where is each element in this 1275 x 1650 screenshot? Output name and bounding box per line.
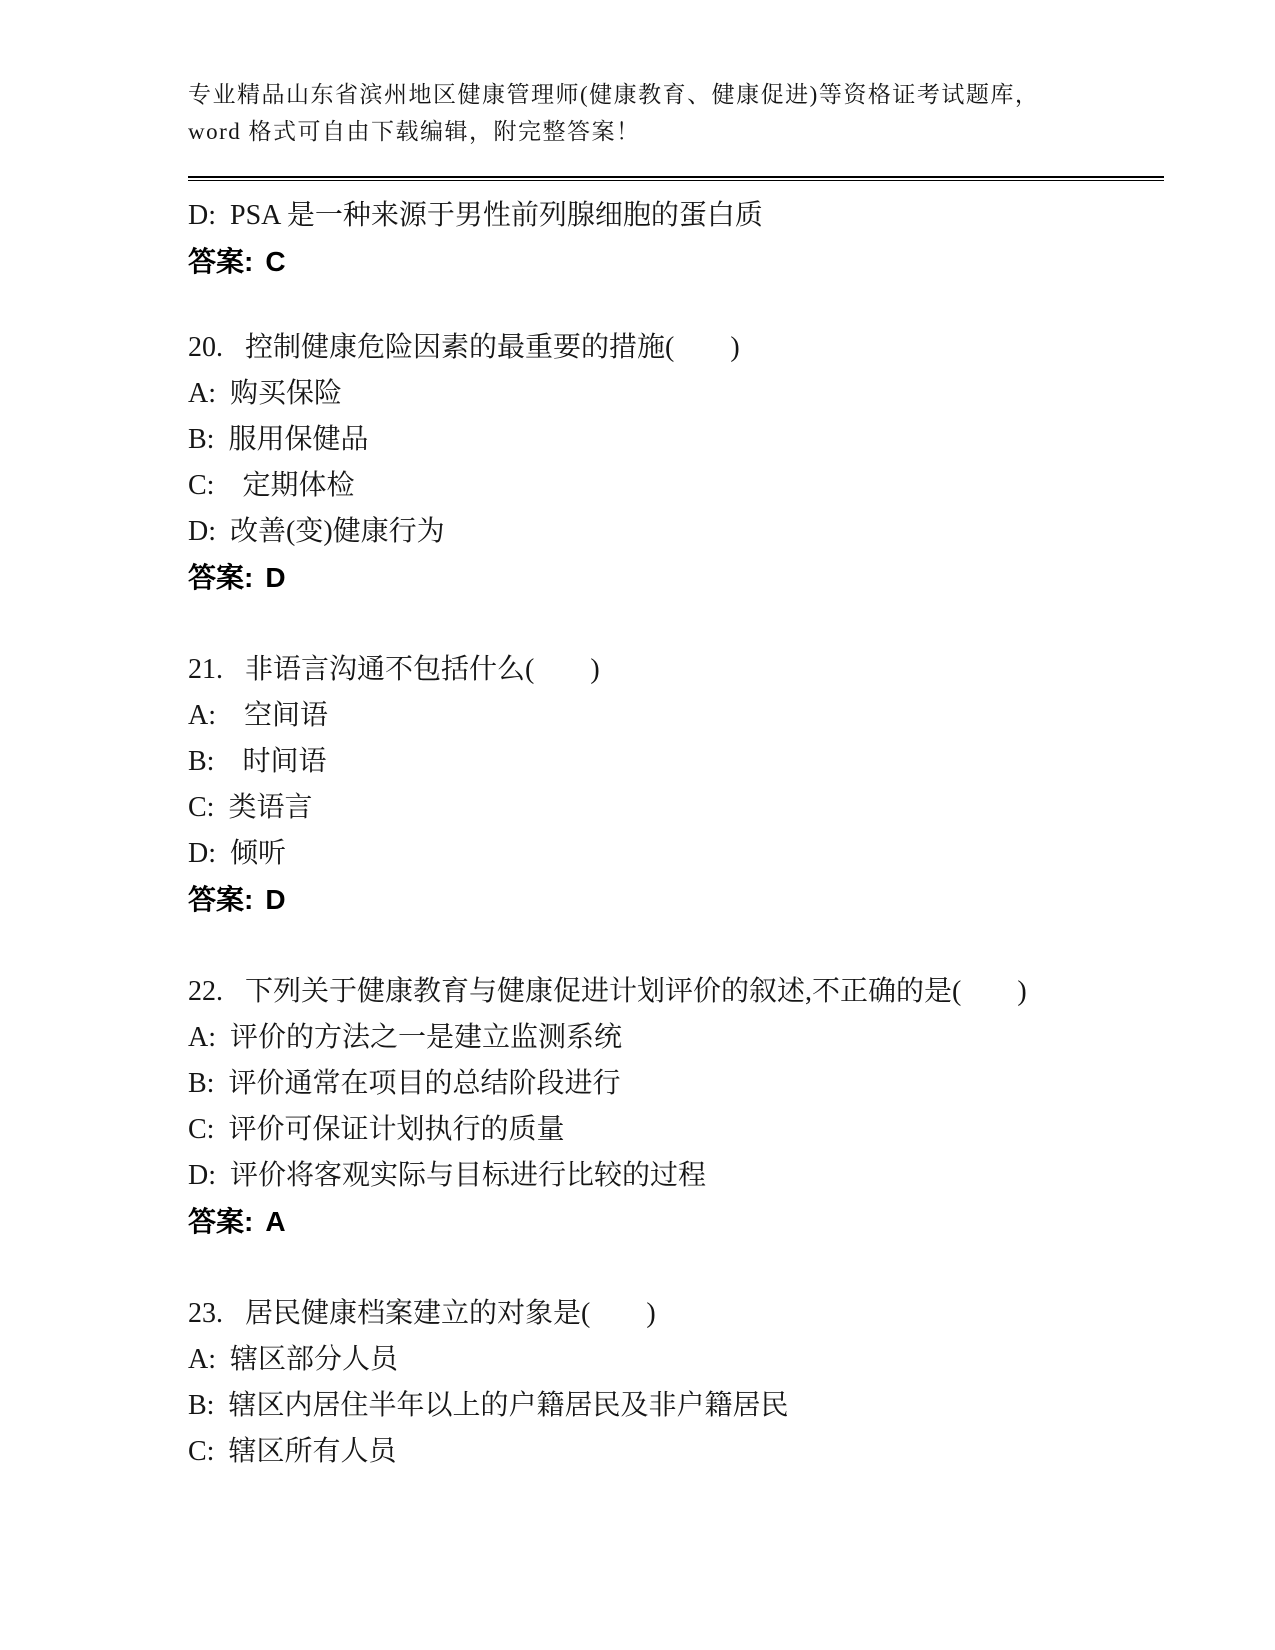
question-title: 21.非语言沟通不包括什么( ) [188, 647, 1164, 693]
answer-line: 答案:A [188, 1199, 1164, 1245]
option-text: PSA 是一种来源于男性前列腺细胞的蛋白质 [230, 200, 763, 231]
option-label: D: [188, 838, 216, 869]
page-content: 专业精品山东省滨州地区健康管理师(健康教育、健康促进)等资格证考试题库， wor… [188, 76, 1164, 1475]
header-divider [188, 176, 1164, 181]
block-gap [188, 1245, 1164, 1291]
option-text: 评价将客观实际与目标进行比较的过程 [230, 1160, 706, 1191]
answer-value: C [265, 246, 285, 277]
header-line-2: word 格式可自由下载编辑，附完整答案！ [188, 113, 1164, 150]
answer-prefix: 答案: [188, 1206, 253, 1237]
answer-value: A [265, 1206, 285, 1237]
option-line: B:评价通常在项目的总结阶段进行 [188, 1061, 1164, 1107]
option-label: D: [188, 200, 216, 231]
option-line: A: 空间语 [188, 693, 1164, 739]
question-text: 居民健康档案建立的对象是( ) [245, 1298, 656, 1329]
question-number: 22. [188, 976, 223, 1007]
answer-line: 答案:C [188, 239, 1164, 285]
option-text: 评价通常在项目的总结阶段进行 [228, 1068, 620, 1099]
answer-value: D [265, 884, 285, 915]
option-line: C:辖区所有人员 [188, 1429, 1164, 1475]
option-label: A: [188, 378, 216, 409]
option-line: C:类语言 [188, 785, 1164, 831]
option-label: A: [188, 1344, 216, 1375]
option-label: D: [188, 516, 216, 547]
option-line: B: 时间语 [188, 739, 1164, 785]
option-line: B:服用保健品 [188, 417, 1164, 463]
option-line: D:改善(变)健康行为 [188, 509, 1164, 555]
option-label: B: [188, 746, 214, 777]
document-body: D:PSA 是一种来源于男性前列腺细胞的蛋白质 答案:C 20.控制健康危险因素… [188, 193, 1164, 1475]
option-label: C: [188, 470, 214, 501]
option-text: 类语言 [228, 792, 312, 823]
option-text: 辖区部分人员 [230, 1344, 398, 1375]
option-line: A:购买保险 [188, 371, 1164, 417]
option-text: 服用保健品 [228, 424, 368, 455]
block-gap [188, 285, 1164, 325]
question-block-20: 20.控制健康危险因素的最重要的措施( ) A:购买保险 B:服用保健品 C: … [188, 325, 1164, 601]
question-block-21: 21.非语言沟通不包括什么( ) A: 空间语 B: 时间语 C:类语言 D:倾… [188, 647, 1164, 923]
question-text: 非语言沟通不包括什么( ) [245, 654, 600, 685]
option-label: B: [188, 424, 214, 455]
header-line-1: 专业精品山东省滨州地区健康管理师(健康教育、健康促进)等资格证考试题库， [188, 76, 1164, 113]
option-label: C: [188, 1436, 214, 1467]
option-label: A: [188, 1022, 216, 1053]
option-text: 倾听 [230, 838, 286, 869]
option-text: 定期体检 [228, 470, 354, 501]
answer-line: 答案:D [188, 555, 1164, 601]
question-number: 23. [188, 1298, 223, 1329]
answer-prefix: 答案: [188, 246, 253, 277]
option-line: D:评价将客观实际与目标进行比较的过程 [188, 1153, 1164, 1199]
divider-thin-line [188, 180, 1164, 181]
question-number: 20. [188, 332, 223, 363]
option-text: 辖区所有人员 [228, 1436, 396, 1467]
option-label: D: [188, 1160, 216, 1191]
option-line: B:辖区内居住半年以上的户籍居民及非户籍居民 [188, 1383, 1164, 1429]
question-block-22: 22.下列关于健康教育与健康促进计划评价的叙述,不正确的是( ) A:评价的方法… [188, 969, 1164, 1245]
option-text: 评价可保证计划执行的质量 [228, 1114, 564, 1145]
block-gap [188, 923, 1164, 969]
option-text: 改善(变)健康行为 [230, 516, 445, 547]
answer-prefix: 答案: [188, 884, 253, 915]
question-text: 控制健康危险因素的最重要的措施( ) [245, 332, 740, 363]
question-title: 22.下列关于健康教育与健康促进计划评价的叙述,不正确的是( ) [188, 969, 1164, 1015]
document-header: 专业精品山东省滨州地区健康管理师(健康教育、健康促进)等资格证考试题库， wor… [188, 76, 1164, 150]
question-block-23: 23.居民健康档案建立的对象是( ) A:辖区部分人员 B:辖区内居住半年以上的… [188, 1291, 1164, 1475]
option-line: C:评价可保证计划执行的质量 [188, 1107, 1164, 1153]
question-title: 23.居民健康档案建立的对象是( ) [188, 1291, 1164, 1337]
question-text: 下列关于健康教育与健康促进计划评价的叙述,不正确的是( ) [245, 976, 1027, 1007]
option-line: A:辖区部分人员 [188, 1337, 1164, 1383]
block-gap [188, 601, 1164, 647]
option-text: 时间语 [228, 746, 326, 777]
answer-line: 答案:D [188, 877, 1164, 923]
option-label: C: [188, 1114, 214, 1145]
document-page: 专业精品山东省滨州地区健康管理师(健康教育、健康促进)等资格证考试题库， wor… [0, 0, 1275, 1650]
answer-value: D [265, 562, 285, 593]
option-text: 空间语 [230, 700, 328, 731]
option-text: 购买保险 [230, 378, 342, 409]
option-line: D:PSA 是一种来源于男性前列腺细胞的蛋白质 [188, 193, 1164, 239]
option-text: 评价的方法之一是建立监测系统 [230, 1022, 622, 1053]
answer-prefix: 答案: [188, 562, 253, 593]
question-number: 21. [188, 654, 223, 685]
option-line: C: 定期体检 [188, 463, 1164, 509]
option-label: B: [188, 1068, 214, 1099]
option-line: A:评价的方法之一是建立监测系统 [188, 1015, 1164, 1061]
option-text: 辖区内居住半年以上的户籍居民及非户籍居民 [228, 1390, 788, 1421]
question-title: 20.控制健康危险因素的最重要的措施( ) [188, 325, 1164, 371]
option-label: A: [188, 700, 216, 731]
option-label: B: [188, 1390, 214, 1421]
option-line: D:倾听 [188, 831, 1164, 877]
option-label: C: [188, 792, 214, 823]
